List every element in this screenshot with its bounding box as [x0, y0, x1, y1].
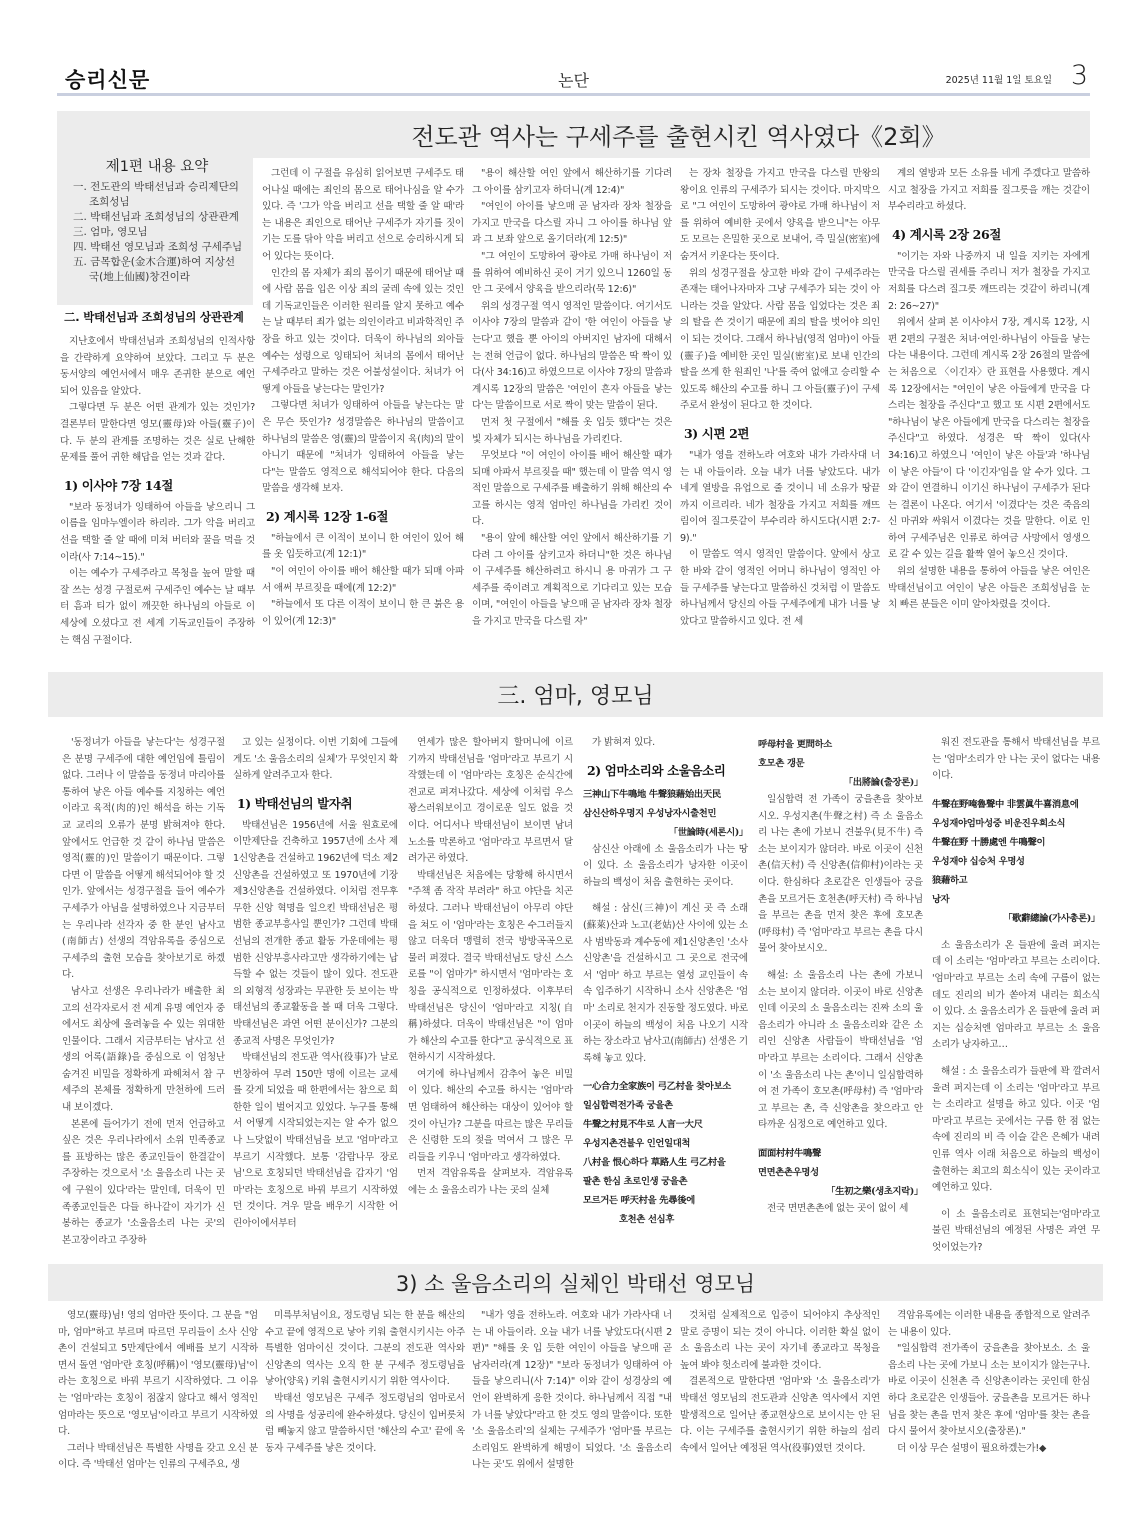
- verse-line: 호천촌 선심후: [583, 1210, 748, 1229]
- section-title: 3) 소 울음소리의 실체인 박태선 영모님: [396, 1268, 755, 1298]
- page-number: 3: [1071, 60, 1088, 91]
- paragraph: 박태선님은 처음에는 당황해 하시면서 "주책 좀 작작 부려라" 하고 야단을…: [408, 868, 573, 1067]
- paragraph: 위의 성경구절 역시 영적인 말씀이다. 여기서도 이사야 7장의 말씀과 같이…: [472, 299, 672, 415]
- summary-title: 제1편 내용 요약: [69, 155, 245, 176]
- paragraph: '동정녀가 아들을 낳는다'는 성경구절은 분명 구세주에 대한 예언임에 틀림…: [62, 735, 225, 984]
- paragraph: 위에서 살펴 본 이사야서 7장, 계시록 12장, 시편 2편의 구절은 처녀…: [888, 315, 1090, 564]
- verse-source: 「歌辭總論(가사총론)」: [932, 909, 1100, 928]
- paragraph: 지난호에서 박태선님과 조희성님의 인적사항을 간략하게 요약하여 보았다. 그…: [60, 334, 255, 400]
- summary-box: 제1편 내용 요약 一. 전도관의 박태선님과 승리제단의 조희성님 二. 박태…: [57, 145, 253, 305]
- article-column: 격암유록에는 이러한 내용을 종합적으로 알려주는 내용이 있다. "일심합력 …: [888, 1308, 1090, 1457]
- paragraph: 것처럼 실제적으로 입증이 되어야지 추상적인 말로 증명이 되는 것이 아니다…: [680, 1308, 880, 1374]
- article-column: 것처럼 실제적으로 입증이 되어야지 추상적인 말로 증명이 되는 것이 아니다…: [680, 1308, 880, 1457]
- scripture-quote: "이 여인이 아이를 배어 해산할 때가 되매 아파서 애써 부르짖을 때에(계…: [262, 564, 464, 597]
- paragraph: 미륵부처님이요, 정도령님 되는 한 분을 해산의 수고 끝에 영적으로 낳아 …: [265, 1308, 465, 1391]
- paragraph: 워진 전도관을 통해서 박태선님을 부르는 '엄마'소리가 안 나는 곳이 없다…: [932, 735, 1100, 785]
- article-column: "내가 영을 전하노라. 여호와 내가 가라사대 너는 내 아들이라. 오늘 내…: [472, 1308, 672, 1474]
- summary-item: 五. 금목합운(金木合運)하여 지상선국(地上仙國)창건이라: [69, 255, 245, 285]
- subheading: 4) 계시록 2장 26절: [892, 226, 1090, 244]
- scripture-quote: "하늘에서 또 다른 이적이 보이니 한 큰 붉은 용이 있어(계 12:3)": [262, 597, 464, 630]
- article-column: 二. 박태선님과 조희성님의 상관관계 지난호에서 박태선님과 조희성님의 인적…: [60, 308, 255, 649]
- verse-line: 八村을 恨心하다 草路人生 弓乙村을: [583, 1153, 748, 1172]
- paragraph: 전국 면면촌촌에 없는 곳이 없이 세: [758, 1201, 923, 1218]
- paragraph: 고 있는 실정이다. 이번 기회에 그들에게도 '소 울음소리의 실체'가 무엇…: [233, 735, 398, 785]
- issue-date: 2025년 11월 1일 토요일: [946, 72, 1052, 86]
- verse-line: 팔촌 한심 초로인생 궁을촌: [583, 1172, 748, 1191]
- article-column: 는 장차 철장을 가지고 만국을 다스릴 만왕의 왕이요 인류의 구세주가 되시…: [680, 166, 880, 630]
- paragraph: 본론에 들어가기 전에 먼저 언급하고 싶은 것은 우리나라에서 소위 민족종교…: [62, 1117, 225, 1250]
- section-band: 3) 소 울음소리의 실체인 박태선 영모님: [48, 1264, 1103, 1301]
- article-column: 계의 열방과 모든 소유를 네게 주겠다고 말씀하시고 철장을 가지고 저희를 …: [888, 166, 1090, 614]
- article-column: 呼母村을 更問하소 호모촌 갱문 「出將論(출장론)」 일심합력 전 가족이 궁…: [758, 735, 923, 1217]
- verse-line: 面面村村牛鳴聲: [758, 1144, 923, 1163]
- section-heading: 二. 박태선님과 조희성님의 상관관계: [64, 308, 255, 326]
- verse-source: 「生初之樂(생초지락)」: [758, 1182, 923, 1201]
- article-column: 가 밝혀져 있다. 2) 엄마소리와 소울음소리 三神山下牛鳴地 牛聲狼藉始出天…: [583, 735, 748, 1229]
- article-column: "용이 해산할 여인 앞에서 해산하기를 기다려 그 아이를 삼키고자 하더니(…: [472, 166, 672, 631]
- verse-line: 낭자: [932, 890, 1100, 909]
- paragraph: 박태선님의 전도관 역사(役事)가 날로 번창하여 무려 150만 명에 이르는…: [233, 1050, 398, 1233]
- subheading: 3) 시편 2편: [684, 425, 880, 443]
- masthead: 승리신문 논단 2025년 11월 1일 토요일 3: [57, 60, 1090, 96]
- summary-item: 三. 엄마, 영모님: [69, 225, 245, 240]
- verse-line: 狼藉하고: [932, 871, 1100, 890]
- verse-line: 우성재야 십승처 우명성: [932, 852, 1100, 871]
- paragraph: 남사고 선생은 우리나라가 배출한 최고의 선각자로서 전 세계 유명 예언자 …: [62, 984, 225, 1117]
- scripture-quote: "용이 해산할 여인 앞에서 해산하기를 기다려 그 아이를 삼키고자 하더니(…: [472, 166, 672, 199]
- paragraph: 일심합력 전 가족이 궁을촌을 찾아보시오. 우성지촌(牛聲之村) 즉 소 울음…: [758, 792, 923, 958]
- paragraph: 박태선님은 1956년에 서울 원효로에 이만제단을 건축하고 1957년에 소…: [233, 818, 398, 1050]
- verse-line: 일심합력전가족 궁을촌: [583, 1096, 748, 1115]
- paragraph: 그런데 이 구절을 유심히 읽어보면 구세주도 태어나실 때에는 죄인의 몸으로…: [262, 166, 464, 266]
- verse-line: 면면촌촌우명성: [758, 1163, 923, 1182]
- section-name: 논단: [558, 68, 589, 91]
- paragraph: 해설 : 소 울음소리가 들판에 꽉 깔려서 울려 퍼지는데 이 소리는 '엄마…: [932, 1064, 1100, 1197]
- article-column: 미륵부처님이요, 정도령님 되는 한 분을 해산의 수고 끝에 영적으로 낳아 …: [265, 1308, 465, 1457]
- subheading: 2) 엄마소리와 소울음소리: [587, 762, 748, 780]
- paragraph: 결론적으로 말한다면 '엄마'와 '소 울음소리'가 박태선 영모님의 전도관과…: [680, 1374, 880, 1457]
- paragraph: 먼저 첫 구절에서 "해를 옷 입듯 했다"는 것은 빛 자체가 되시는 하나님…: [472, 415, 672, 448]
- paragraph: 여기에 하나님께서 감추어 놓은 비밀이 있다. 해산의 수고를 하시는 '엄마…: [408, 1067, 573, 1167]
- verse-source: 「出將論(출장론)」: [758, 773, 923, 792]
- article-column: 연세가 많은 할아버지 할머니에 이르기까지 박태선님을 '엄마'라고 부르기 …: [408, 735, 573, 1200]
- paragraph: "내가 영을 전하노라. 여호와 내가 가라사대 너는 내 아들이라. 오늘 내…: [472, 1308, 672, 1474]
- verse-line: 牛聲在野 十勝處엔 牛鳴聲이: [932, 833, 1100, 852]
- paragraph: 위의 설명한 내용을 통하여 아들을 낳은 여인은 박태선님이고 여인이 낳은 …: [888, 564, 1090, 614]
- scripture-quote: "여인이 아이를 낳으매 곧 남자라 장차 철장을 가지고 만국을 다스릴 자니…: [472, 199, 672, 249]
- article-column: 영모(靈母)님! 영의 엄마란 뜻이다. 그 분을 "엄마, 엄마"하고 부르며…: [58, 1308, 258, 1474]
- verse-source: 「世論時(세론시)」: [583, 823, 748, 842]
- verse-line: 우성재야엄마성중 비운진우희소식: [932, 814, 1100, 833]
- verse-line: 三神山下牛鳴地 牛聲狼藉始出天民: [583, 785, 748, 804]
- verse-line: 呼母村을 更問하소: [758, 735, 923, 754]
- verse-line: 모르거든 呼天村을 先尋後에: [583, 1191, 748, 1210]
- paragraph: 이는 예수가 구세주라고 목청을 높여 말할 때 잘 쓰는 성경 구절로써 구세…: [60, 566, 255, 649]
- paragraph: 해설 : 삼신(三神)이 계신 곳 즉 소래(蘇萊)산과 노고(老姑)산 사이에…: [583, 901, 748, 1067]
- subheading: 2) 계시록 12장 1-6절: [266, 508, 464, 526]
- article-column: 그런데 이 구절을 유심히 읽어보면 구세주도 태어나실 때에는 죄인의 몸으로…: [262, 166, 464, 630]
- paragraph: 박태선 영모님은 구세주 정도령님의 엄마로서의 사명을 성공리에 완수하셨다.…: [265, 1391, 465, 1457]
- subheading: 1) 박태선님의 발자취: [237, 795, 398, 813]
- paragraph: 그렇다면 두 분은 어떤 관계가 있는 것인가? 결론부터 말한다면 영모(靈母…: [60, 400, 255, 466]
- verse-line: 삼신산하우명지 우성낭자시출천민: [583, 804, 748, 823]
- newspaper-name: 승리신문: [65, 64, 150, 94]
- summary-item: 二. 박태선님과 조희성님의 상관관계: [69, 210, 245, 225]
- paragraph: 그렇다면 처녀가 잉태하여 아들을 낳는다는 말은 무슨 뜻인가? 성경말씀은 …: [262, 398, 464, 498]
- summary-item: 四. 박태선 영모님과 조희성 구세주님: [69, 240, 245, 255]
- verse-line: 우성지촌견불우 인언일대척: [583, 1134, 748, 1153]
- paragraph: 소 울음소리가 온 들판에 울려 퍼지는데 이 소리는 '엄마'라고 부르는 소…: [932, 938, 1100, 1054]
- paragraph: 위의 성경구절을 상고한 바와 같이 구세주라는 존재는 태어나자마자 그냥 구…: [680, 266, 880, 415]
- scripture-quote: "하늘에서 큰 이적이 보이니 한 여인이 있어 해를 옷 입듯하고(계 12:…: [262, 531, 464, 564]
- scripture-quote: "보라 동정녀가 잉태하여 아들을 낳으리니 그 이름을 임마누엘이라 하리라.…: [60, 500, 255, 566]
- paragraph: 이 말씀도 역시 영적인 말씀이다. 앞에서 상고한 바와 같이 영적인 어머니…: [680, 547, 880, 630]
- paragraph: 영모(靈母)님! 영의 엄마란 뜻이다. 그 분을 "엄마, 엄마"하고 부르며…: [58, 1308, 258, 1441]
- verse-line: 牛聲在野唵魯聲中 非雲眞牛喜消息에: [932, 795, 1100, 814]
- scripture-quote: "그 여인이 도망하여 광야로 가매 하나님이 저를 위하여 예비하신 곳이 거…: [472, 249, 672, 299]
- summary-item: 一. 전도관의 박태선님과 승리제단의 조희성님: [69, 180, 245, 210]
- paragraph: 가 밝혀져 있다.: [583, 735, 748, 752]
- paragraph: 먼저 격암유록을 살펴보자. 격암유록에는 소 울음소리가 나는 곳의 실체: [408, 1166, 573, 1199]
- section-band: 三. 엄마, 영모님: [48, 672, 1103, 717]
- paragraph: 삼신산 아래에 소 울음소리가 나는 땅이 있다. 소 울음소리가 낭자한 이곳…: [583, 842, 748, 892]
- headline: 전도관 역사는 구세주를 출현시킨 역사였다《2회》: [201, 117, 945, 152]
- verse-line: 一心合力全家族이 弓乙村을 찾아보소: [583, 1077, 748, 1096]
- paragraph: 무엇보다 "이 여인이 아이를 배어 해산할 때가 되매 아파서 부르짖을 때"…: [472, 448, 672, 531]
- paragraph: 이 소 울음소리로 표현되는'엄마'라고 불린 박태선님의 예정된 사명은 과연…: [932, 1207, 1100, 1257]
- scripture-quote: "이기는 자와 나중까지 내 일을 지키는 자에게 만국을 다스릴 권세를 주리…: [888, 249, 1090, 315]
- paragraph: 그러나 박태선님은 특별한 사명을 갖고 오신 분이다. 즉 '박태선 엄마'는…: [58, 1441, 258, 1474]
- paragraph: "용이 앞에 해산할 여인 앞에서 해산하기를 기다려 그 아이를 삼키고자 하…: [472, 531, 672, 631]
- verse-line: 牛聲之村見不牛로 人言一大尺: [583, 1115, 748, 1134]
- paragraph: 계의 열방과 모든 소유를 네게 주겠다고 말씀하시고 철장을 가지고 저희를 …: [888, 166, 1090, 216]
- section-title: 三. 엄마, 영모님: [497, 679, 653, 710]
- article-column: 고 있는 실정이다. 이번 기회에 그들에게도 '소 울음소리의 실체'가 무엇…: [233, 735, 398, 1233]
- paragraph: 는 장차 철장을 가지고 만국을 다스릴 만왕의 왕이요 인류의 구세주가 되시…: [680, 166, 880, 266]
- verse-line: 호모촌 갱문: [758, 754, 923, 773]
- paragraph: "일심합력 전가족이 궁을촌을 찾아보소. 소 울음소리 나는 곳에 가보니 소…: [888, 1341, 1090, 1441]
- paragraph: 해설: 소 울음소리 나는 촌에 가보니 소는 보이지 않더라. 이곳이 바로 …: [758, 968, 923, 1134]
- paragraph: 인간의 몸 자체가 죄의 몸이기 때문에 태어날 때에 사람 몸을 입은 이상 …: [262, 266, 464, 399]
- paragraph: 격암유록에는 이러한 내용을 종합적으로 알려주는 내용이 있다.: [888, 1308, 1090, 1341]
- article-column: 워진 전도관을 통해서 박태선님을 부르는 '엄마'소리가 안 나는 곳이 없다…: [932, 735, 1100, 1256]
- scripture-quote: "내가 영을 전하노라 여호와 내가 가라사대 너는 내 아들이라. 오늘 내가…: [680, 448, 880, 548]
- article-column: '동정녀가 아들을 낳는다'는 성경구절은 분명 구세주에 대한 예언임에 틀림…: [62, 735, 225, 1249]
- subheading: 1) 이사야 7장 14절: [64, 477, 255, 495]
- paragraph: 더 이상 무슨 설명이 필요하겠는가!◆: [888, 1441, 1090, 1458]
- paragraph: 연세가 많은 할아버지 할머니에 이르기까지 박태선님을 '엄마'라고 부르기 …: [408, 735, 573, 868]
